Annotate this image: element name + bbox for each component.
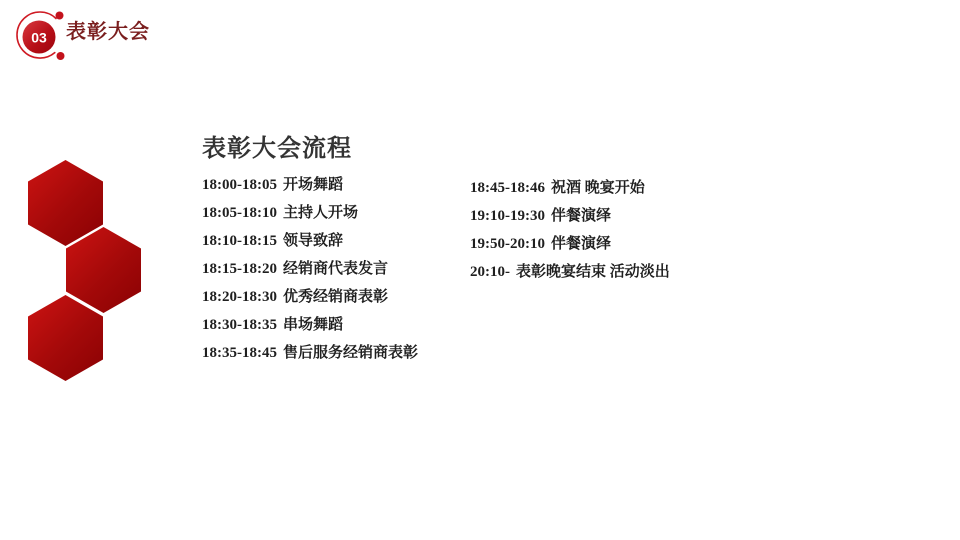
schedule-activity: 表彰晚宴结束 活动淡出 <box>516 264 670 280</box>
schedule-column-left: 18:00-18:05开场舞蹈 18:05-18:10主持人开场 18:10-1… <box>202 171 418 367</box>
schedule-activity: 伴餐演绎 <box>551 208 611 224</box>
schedule-item: 19:50-20:10伴餐演绎 <box>470 230 670 258</box>
schedule-time: 18:20-18:30 <box>202 289 277 305</box>
schedule-time: 18:05-18:10 <box>202 205 277 221</box>
schedule-activity: 经销商代表发言 <box>283 261 388 277</box>
slide-header: 03 表彰大会 <box>0 0 960 70</box>
schedule-time: 18:35-18:45 <box>202 345 277 361</box>
schedule-time: 18:00-18:05 <box>202 177 277 193</box>
schedule-time: 19:10-19:30 <box>470 208 545 224</box>
badge-dot-top <box>56 12 64 20</box>
schedule-item: 18:30-18:35串场舞蹈 <box>202 311 418 339</box>
badge-dot-bottom <box>57 52 65 60</box>
schedule-item: 19:10-19:30伴餐演绎 <box>470 202 670 230</box>
schedule-time: 18:30-18:35 <box>202 317 277 333</box>
schedule-activity: 优秀经销商表彰 <box>283 289 388 305</box>
schedule-item: 18:05-18:10主持人开场 <box>202 199 418 227</box>
schedule-time: 18:15-18:20 <box>202 261 277 277</box>
schedule-activity: 售后服务经销商表彰 <box>283 345 418 361</box>
schedule-item: 18:15-18:20经销商代表发言 <box>202 255 418 283</box>
schedule-activity: 祝酒 晚宴开始 <box>551 180 645 196</box>
schedule-activity: 串场舞蹈 <box>283 317 343 333</box>
schedule-column-right: 18:45-18:46祝酒 晚宴开始 19:10-19:30伴餐演绎 19:50… <box>470 174 670 286</box>
slide-header-title: 表彰大会 <box>66 20 150 44</box>
chapter-number-badge-icon: 03 <box>14 6 68 64</box>
schedule-activity: 主持人开场 <box>283 205 358 221</box>
schedule-time: 20:10- <box>470 264 510 280</box>
schedule-activity: 领导致辞 <box>283 233 343 249</box>
page-title: 表彰大会流程 <box>202 133 352 165</box>
schedule-item: 18:45-18:46祝酒 晚宴开始 <box>470 174 670 202</box>
schedule-item: 18:10-18:15领导致辞 <box>202 227 418 255</box>
schedule-item: 18:00-18:05开场舞蹈 <box>202 171 418 199</box>
schedule-activity: 伴餐演绎 <box>551 236 611 252</box>
schedule-time: 18:10-18:15 <box>202 233 277 249</box>
chapter-number: 03 <box>31 30 47 46</box>
schedule-item: 20:10-表彰晚宴结束 活动淡出 <box>470 258 670 286</box>
schedule-activity: 开场舞蹈 <box>283 177 343 193</box>
schedule-time: 19:50-20:10 <box>470 236 545 252</box>
schedule-item: 18:35-18:45售后服务经销商表彰 <box>202 339 418 367</box>
schedule-time: 18:45-18:46 <box>470 180 545 196</box>
schedule-item: 18:20-18:30优秀经销商表彰 <box>202 283 418 311</box>
